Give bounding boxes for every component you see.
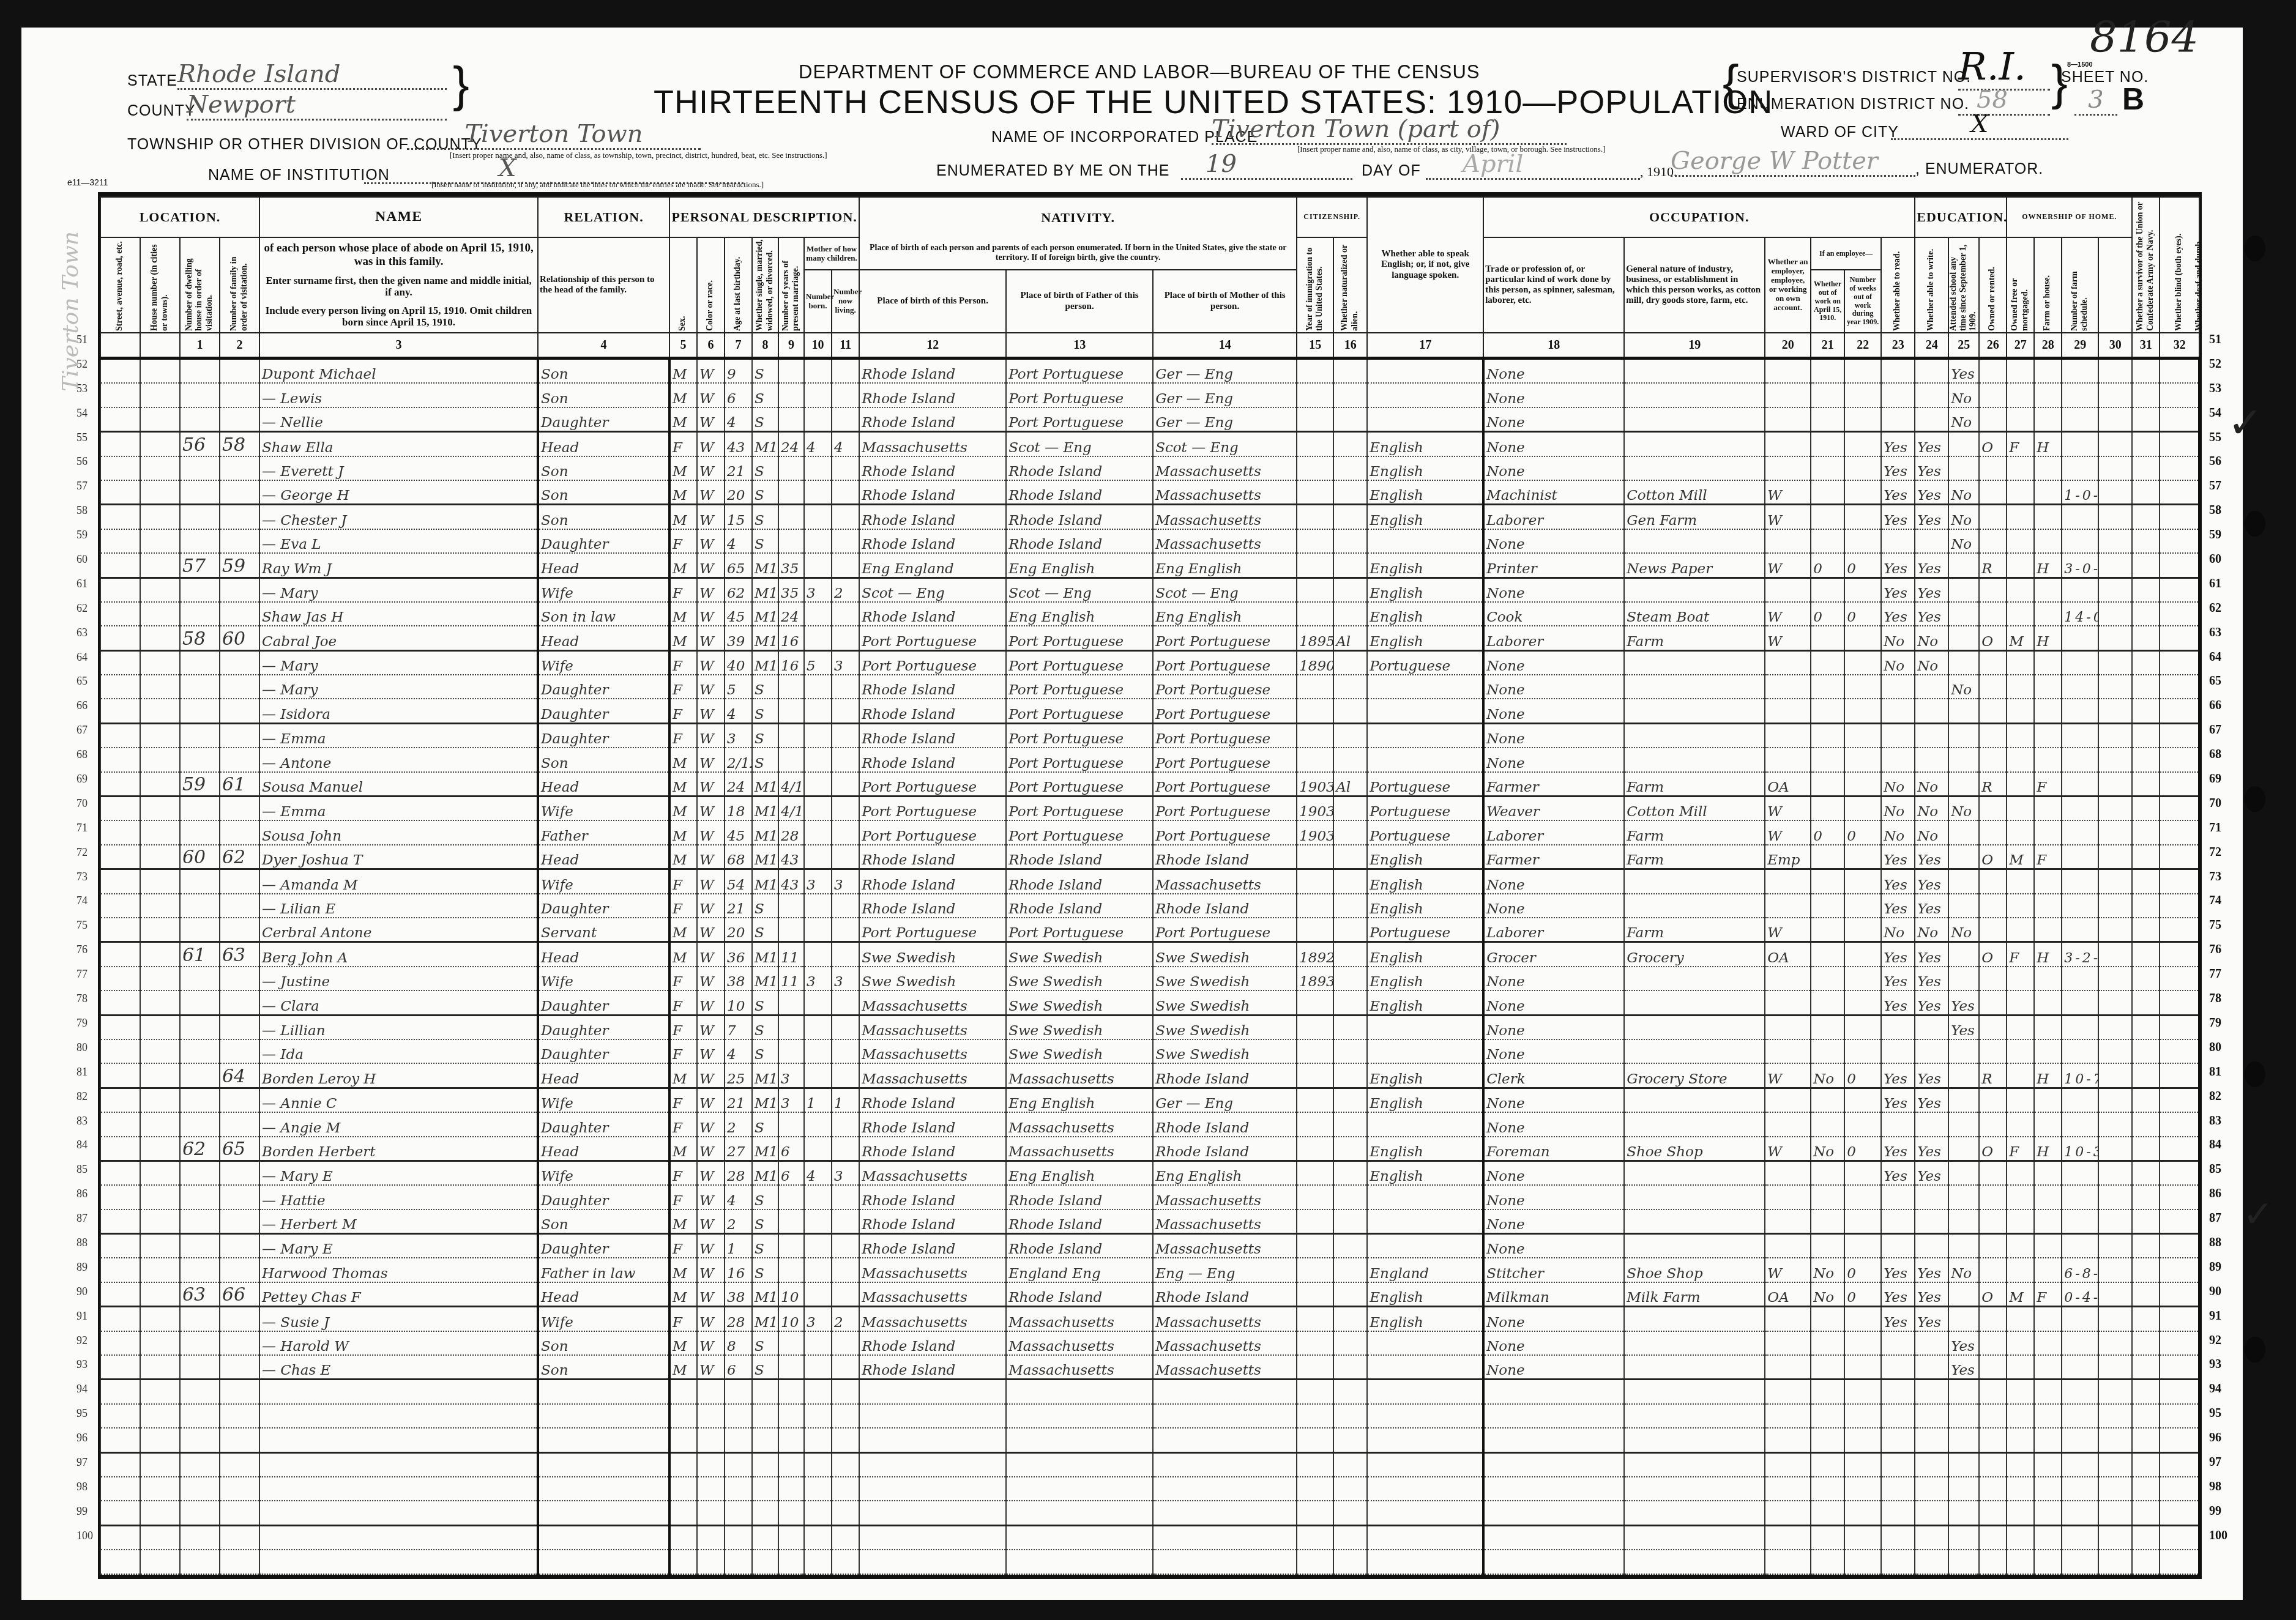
cell-age: 21: [725, 1088, 752, 1112]
cell-free: [2007, 1209, 2034, 1234]
cell-free: [2007, 553, 2034, 578]
cell-born: [804, 1404, 832, 1428]
cell-years: [778, 699, 804, 723]
cell-blind: [2132, 626, 2160, 650]
cell-trade: [1483, 1452, 1624, 1477]
cell-sched: [2062, 529, 2098, 553]
cell-out: No: [1811, 1063, 1844, 1088]
cell-nat: [1333, 869, 1367, 894]
cell-age: 16: [725, 1258, 752, 1282]
cell-lang: [1367, 1452, 1483, 1477]
cell-vet: [2098, 1161, 2132, 1185]
cell-trade: None: [1483, 869, 1624, 894]
cell-relation: Daughter: [538, 894, 669, 918]
header-c17: Whether able to speak English; or, if no…: [1367, 197, 1483, 333]
cell-years: 11: [778, 967, 804, 990]
cell-vet: [2098, 1452, 2132, 1477]
cell-living: [832, 1112, 859, 1136]
cell-age: 2: [725, 1209, 752, 1234]
cell-relation: Daughter: [538, 1015, 669, 1039]
line-number: 81: [76, 1060, 95, 1085]
cell-nat: [1333, 602, 1367, 626]
cell-farm: [2034, 1015, 2062, 1039]
cell-born: 4: [804, 1161, 832, 1185]
cell-school: [1948, 1112, 1979, 1136]
cell-age: [725, 1428, 752, 1452]
cell-sex: M: [669, 1331, 697, 1355]
cell-mother: Massachusetts: [1153, 456, 1297, 480]
line-number: 93: [76, 1353, 95, 1377]
cell-dwelling: [180, 699, 220, 723]
cell-free: [2007, 602, 2034, 626]
cell-street: [100, 1209, 140, 1234]
table-row: 6163Berg John AHeadMW36M111Swe SwedishSw…: [100, 942, 2199, 967]
cell-industry: [1624, 359, 1765, 384]
cell-mother: Port Portuguese: [1153, 797, 1297, 821]
table-row: — Herbert MSonMW2SRhode IslandRhode Isla…: [100, 1209, 2199, 1234]
cell-marital: M1: [752, 942, 778, 967]
header-c20: Whether an employer, employee, or workin…: [1765, 237, 1811, 333]
cell-free: [2007, 918, 2034, 942]
cell-out: [1811, 650, 1844, 675]
cell-father: Rhode Island: [1006, 845, 1153, 869]
cell-marital: M1: [752, 626, 778, 650]
cell-dwelling: [180, 894, 220, 918]
cell-sched: 14-0-X-0: [2062, 602, 2098, 626]
cell-street: [100, 456, 140, 480]
cell-own: [1979, 456, 2007, 480]
cell-out: [1811, 456, 1844, 480]
cell-years: [778, 1525, 804, 1550]
cell-name: — Antone: [259, 748, 538, 771]
table-row: — Mary EDaughterFW1SRhode IslandRhode Is…: [100, 1234, 2199, 1258]
cell-read: [1881, 1112, 1915, 1136]
cell-vet: [2098, 1258, 2132, 1282]
cell-out: No: [1811, 1282, 1844, 1307]
cell-emp: [1765, 1501, 1811, 1525]
group-relation: RELATION.: [538, 197, 669, 237]
cell-birth: Scot — Eng: [859, 578, 1006, 602]
cell-weeks: [1844, 1477, 1881, 1501]
cell-lang: English: [1367, 967, 1483, 990]
cell-immig: [1297, 480, 1333, 505]
cell-write: [1915, 1477, 1948, 1501]
cell-free: [2007, 407, 2034, 432]
cell-blind: [2132, 1307, 2160, 1331]
cell-nat: [1333, 894, 1367, 918]
cell-age: 20: [725, 480, 752, 505]
cell-name: [259, 1477, 538, 1501]
cell-house: [140, 1282, 180, 1307]
cell-own: [1979, 407, 2007, 432]
cell-color: W: [697, 359, 725, 384]
cell-nat: [1333, 1452, 1367, 1477]
cell-read: Yes: [1881, 1282, 1915, 1307]
cell-age: 4: [725, 699, 752, 723]
line-number: 82: [76, 1085, 95, 1109]
sheet-side: B: [2122, 81, 2144, 117]
cell-age: 9: [725, 359, 752, 384]
cell-trade: Laborer: [1483, 505, 1624, 529]
cell-nat: [1333, 845, 1367, 869]
cell-own: [1979, 1185, 2007, 1209]
cell-blind: [2132, 650, 2160, 675]
cell-lang: England: [1367, 1258, 1483, 1282]
cell-own: [1979, 723, 2007, 748]
cell-deaf: [2160, 359, 2199, 384]
cell-street: [100, 1282, 140, 1307]
header-c22: Number of weeks out of work during year …: [1844, 270, 1881, 333]
cell-deaf: [2160, 772, 2199, 797]
cell-school: [1948, 1550, 1979, 1574]
cell-street: [100, 894, 140, 918]
cell-immig: [1297, 432, 1333, 456]
column-number: 17: [1367, 333, 1483, 359]
cell-color: [697, 1428, 725, 1452]
table-row: — Lilian EDaughterFW21SRhode IslandRhode…: [100, 894, 2199, 918]
cell-birth: Rhode Island: [859, 1088, 1006, 1112]
cell-family: [220, 1428, 259, 1452]
cell-street: [100, 1501, 140, 1525]
cell-years: [778, 529, 804, 553]
header-c5: Sex.: [669, 237, 697, 333]
cell-nat: [1333, 1039, 1367, 1063]
line-number: 67: [2209, 718, 2234, 743]
cell-industry: Cotton Mill: [1624, 480, 1765, 505]
cell-trade: [1483, 1501, 1624, 1525]
cell-relation: [538, 1452, 669, 1477]
cell-living: 3: [832, 650, 859, 675]
cell-weeks: [1844, 626, 1881, 650]
cell-living: 3: [832, 869, 859, 894]
cell-marital: S: [752, 918, 778, 942]
enumerated-day: 19: [1181, 150, 1352, 180]
cell-emp: [1765, 1039, 1811, 1063]
cell-name: — Mary: [259, 578, 538, 602]
cell-dwelling: [180, 1477, 220, 1501]
cell-read: [1881, 1331, 1915, 1355]
cell-years: 6: [778, 1161, 804, 1185]
state-label: State: [127, 72, 177, 90]
cell-school: [1948, 894, 1979, 918]
cell-name: — Mary: [259, 650, 538, 675]
cell-born: [804, 602, 832, 626]
cell-lang: Portuguese: [1367, 797, 1483, 821]
line-number: 79: [2209, 1011, 2234, 1036]
cell-out: [1811, 845, 1844, 869]
cell-deaf: [2160, 918, 2199, 942]
cell-street: [100, 407, 140, 432]
cell-own: [1979, 1258, 2007, 1282]
cell-lang: English: [1367, 505, 1483, 529]
cell-house: [140, 772, 180, 797]
cell-blind: [2132, 699, 2160, 723]
cell-out: [1811, 797, 1844, 821]
cell-born: [804, 1380, 832, 1404]
column-number: 4: [538, 333, 669, 359]
cell-living: [832, 1063, 859, 1088]
cell-deaf: [2160, 432, 2199, 456]
cell-sex: M: [669, 505, 697, 529]
cell-years: [778, 894, 804, 918]
cell-marital: S: [752, 675, 778, 699]
cell-birth: Port Portuguese: [859, 820, 1006, 844]
cell-father: Port Portuguese: [1006, 699, 1153, 723]
cell-father: Port Portuguese: [1006, 407, 1153, 432]
cell-dwelling: [180, 1331, 220, 1355]
cell-age: 4: [725, 1185, 752, 1209]
cell-write: No: [1915, 650, 1948, 675]
cell-age: [725, 1501, 752, 1525]
cell-mother: Port Portuguese: [1153, 820, 1297, 844]
cell-years: 10: [778, 1282, 804, 1307]
cell-living: [832, 480, 859, 505]
cell-father: Rhode Island: [1006, 1234, 1153, 1258]
cell-family: [220, 1234, 259, 1258]
cell-nat: [1333, 942, 1367, 967]
cell-house: [140, 553, 180, 578]
cell-weeks: [1844, 675, 1881, 699]
cell-house: [140, 990, 180, 1015]
cell-blind: [2132, 772, 2160, 797]
cell-nat: [1333, 723, 1367, 748]
cell-immig: [1297, 990, 1333, 1015]
cell-own: [1979, 1088, 2007, 1112]
cell-years: [778, 918, 804, 942]
cell-family: [220, 359, 259, 384]
table-row: — HattieDaughterFW4SRhode IslandRhode Is…: [100, 1185, 2199, 1209]
cell-free: F: [2007, 942, 2034, 967]
cell-dwelling: [180, 1039, 220, 1063]
cell-free: [2007, 967, 2034, 990]
cell-name: — Chas E: [259, 1355, 538, 1380]
cell-out: 0: [1811, 553, 1844, 578]
cell-born: [804, 480, 832, 505]
cell-vet: [2098, 1380, 2132, 1404]
cell-mother: [1153, 1477, 1297, 1501]
cell-street: [100, 675, 140, 699]
line-number: 74: [76, 889, 95, 913]
cell-sched: [2062, 505, 2098, 529]
cell-family: [220, 918, 259, 942]
cell-color: W: [697, 675, 725, 699]
cell-read: [1881, 407, 1915, 432]
cell-blind: [2132, 456, 2160, 480]
cell-school: [1948, 626, 1979, 650]
cell-mother: Swe Swedish: [1153, 1015, 1297, 1039]
cell-trade: [1483, 1550, 1624, 1574]
cell-emp: [1765, 1404, 1811, 1428]
line-number: 98: [2209, 1475, 2234, 1499]
cell-emp: [1765, 1209, 1811, 1234]
cell-lang: [1367, 748, 1483, 771]
cell-farm: [2034, 820, 2062, 844]
cell-deaf: [2160, 383, 2199, 407]
cell-house: [140, 1550, 180, 1574]
cell-free: [2007, 359, 2034, 384]
column-number: 1: [180, 333, 220, 359]
cell-name: [259, 1452, 538, 1477]
cell-age: 43: [725, 432, 752, 456]
cell-deaf: [2160, 1501, 2199, 1525]
cell-vet: [2098, 772, 2132, 797]
cell-mother: Rhode Island: [1153, 845, 1297, 869]
cell-born: [804, 772, 832, 797]
cell-weeks: [1844, 650, 1881, 675]
cell-trade: Weaver: [1483, 797, 1624, 821]
cell-name: [259, 1380, 538, 1404]
cell-lang: [1367, 1355, 1483, 1380]
cell-sex: F: [669, 1185, 697, 1209]
cell-deaf: [2160, 1282, 2199, 1307]
cell-living: [832, 1258, 859, 1282]
cell-years: [778, 1452, 804, 1477]
cell-name: Dyer Joshua T: [259, 845, 538, 869]
cell-deaf: [2160, 748, 2199, 771]
line-number: 77: [2209, 962, 2234, 987]
cell-birth: Rhode Island: [859, 383, 1006, 407]
cell-name: — Lillian: [259, 1015, 538, 1039]
cell-weeks: [1844, 772, 1881, 797]
cell-birth: Swe Swedish: [859, 942, 1006, 967]
cell-school: [1948, 1282, 1979, 1307]
cell-read: Yes: [1881, 578, 1915, 602]
cell-house: [140, 942, 180, 967]
cell-weeks: [1844, 1404, 1881, 1428]
cell-immig: [1297, 1063, 1333, 1088]
cell-name: Ray Wm J: [259, 553, 538, 578]
cell-write: [1915, 699, 1948, 723]
ward-label: Ward of city: [1781, 124, 1899, 141]
cell-mother: Massachusetts: [1153, 1355, 1297, 1380]
cell-color: W: [697, 1282, 725, 1307]
cell-industry: [1624, 1039, 1765, 1063]
line-number: 77: [76, 962, 95, 987]
cell-sex: F: [669, 723, 697, 748]
cell-relation: Wife: [538, 650, 669, 675]
cell-color: W: [697, 1161, 725, 1185]
cell-vet: [2098, 1477, 2132, 1501]
cell-trade: None: [1483, 699, 1624, 723]
cell-name: — Herbert M: [259, 1209, 538, 1234]
line-number: 64: [2209, 645, 2234, 670]
cell-own: [1979, 1477, 2007, 1501]
cell-family: 65: [220, 1137, 259, 1161]
cell-marital: [752, 1380, 778, 1404]
cell-farm: [2034, 699, 2062, 723]
cell-father: Rhode Island: [1006, 869, 1153, 894]
cell-farm: [2034, 407, 2062, 432]
table-row: [100, 1501, 2199, 1525]
cell-age: 15: [725, 505, 752, 529]
cell-read: No: [1881, 626, 1915, 650]
cell-color: [697, 1404, 725, 1428]
cell-sched: [2062, 1234, 2098, 1258]
cell-school: [1948, 650, 1979, 675]
cell-sex: M: [669, 1282, 697, 1307]
cell-immig: [1297, 505, 1333, 529]
cell-father: Port Portuguese: [1006, 626, 1153, 650]
cell-nat: [1333, 456, 1367, 480]
cell-dwelling: [180, 990, 220, 1015]
cell-own: [1979, 1525, 2007, 1550]
cell-age: 6: [725, 383, 752, 407]
cell-immig: [1297, 1550, 1333, 1574]
cell-living: [832, 723, 859, 748]
cell-nat: [1333, 359, 1367, 384]
line-number: 99: [76, 1499, 95, 1524]
cell-out: [1811, 529, 1844, 553]
column-number: 16: [1333, 333, 1367, 359]
cell-house: [140, 432, 180, 456]
cell-school: [1948, 748, 1979, 771]
cell-blind: [2132, 432, 2160, 456]
cell-own: [1979, 650, 2007, 675]
cell-sex: M: [669, 845, 697, 869]
cell-dwelling: [180, 723, 220, 748]
cell-father: [1006, 1525, 1153, 1550]
cell-blind: [2132, 1428, 2160, 1452]
table-row: — Eva LDaughterFW4SRhode IslandRhode Isl…: [100, 529, 2199, 553]
cell-own: [1979, 894, 2007, 918]
cell-immig: [1297, 1112, 1333, 1136]
cell-age: 2/12: [725, 748, 752, 771]
cell-blind: [2132, 845, 2160, 869]
cell-dwelling: 59: [180, 772, 220, 797]
cell-color: W: [697, 650, 725, 675]
cell-father: [1006, 1380, 1153, 1404]
cell-emp: [1765, 359, 1811, 384]
cell-born: [804, 359, 832, 384]
cell-sex: F: [669, 1234, 697, 1258]
cell-immig: 1893: [1297, 967, 1333, 990]
cell-house: [140, 480, 180, 505]
cell-deaf: [2160, 1039, 2199, 1063]
cell-mother: [1153, 1525, 1297, 1550]
cell-deaf: [2160, 1015, 2199, 1039]
cell-street: [100, 1550, 140, 1574]
cell-house: [140, 1452, 180, 1477]
line-number: 73: [76, 865, 95, 890]
cell-street: [100, 845, 140, 869]
cell-dwelling: [180, 1380, 220, 1404]
cell-farm: H: [2034, 432, 2062, 456]
cell-living: [832, 942, 859, 967]
cell-lang: English: [1367, 578, 1483, 602]
cell-free: F: [2007, 1137, 2034, 1161]
cell-immig: [1297, 845, 1333, 869]
cell-age: 28: [725, 1307, 752, 1331]
cell-out: [1811, 1477, 1844, 1501]
cell-lang: English: [1367, 869, 1483, 894]
cell-trade: None: [1483, 723, 1624, 748]
header-c13: Place of birth of Father of this person.: [1006, 270, 1153, 333]
cell-blind: [2132, 578, 2160, 602]
cell-born: 5: [804, 650, 832, 675]
cell-street: [100, 1404, 140, 1428]
cell-deaf: [2160, 1477, 2199, 1501]
cell-trade: Foreman: [1483, 1137, 1624, 1161]
cell-lang: [1367, 383, 1483, 407]
cell-age: [725, 1452, 752, 1477]
cell-name: — Everett J: [259, 456, 538, 480]
cell-immig: [1297, 1209, 1333, 1234]
cell-years: 16: [778, 626, 804, 650]
cell-name: Harwood Thomas: [259, 1258, 538, 1282]
cell-years: [778, 407, 804, 432]
cell-family: 63: [220, 942, 259, 967]
cell-dwelling: 62: [180, 1137, 220, 1161]
